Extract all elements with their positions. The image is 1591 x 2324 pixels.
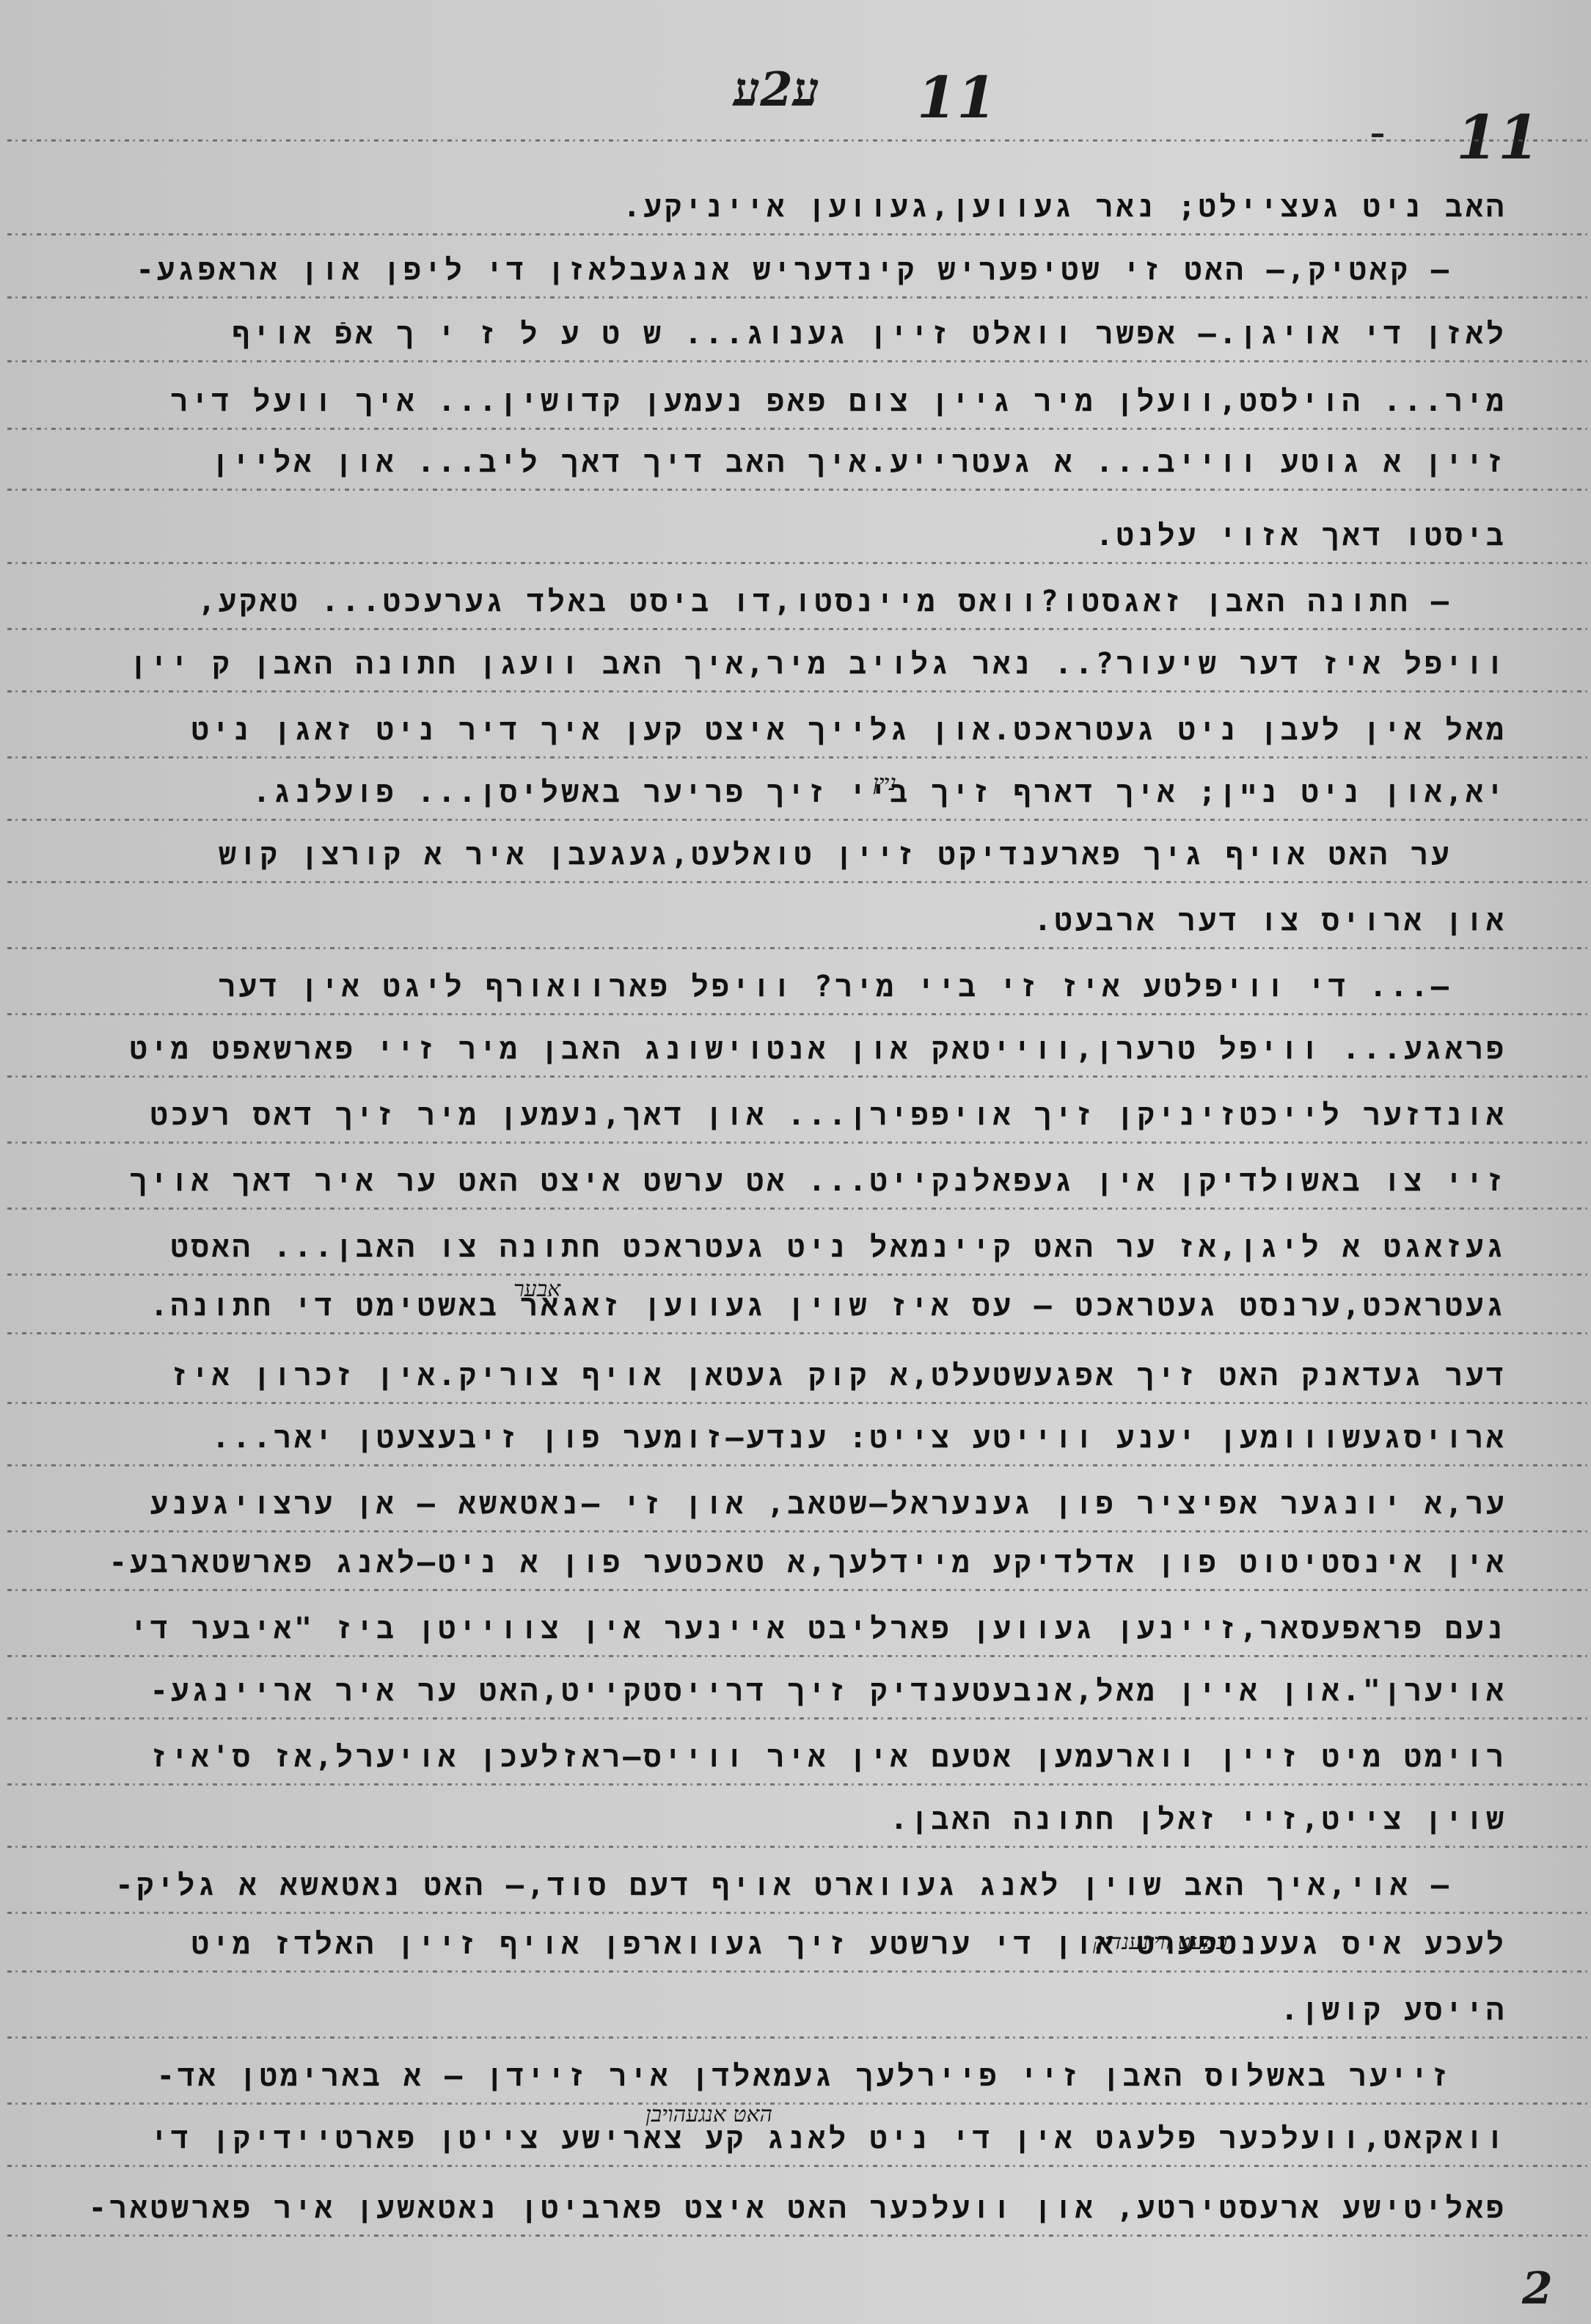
handwritten-number: 11 (917, 65, 997, 131)
baseline-rule (7, 1912, 1591, 1914)
typed-line: —... די וויפלטע איז זי ביי מיר? וויפל פא… (44, 972, 1452, 1001)
typed-line: אונדזער לייכטזיניקן זיך אויפפירן... און … (44, 1100, 1507, 1130)
typed-line: געטראכט,ערנסט געטראכט — עס איז שוין געוו… (44, 1291, 1507, 1320)
baseline-rule (7, 1970, 1591, 1973)
dash-mark (1372, 134, 1383, 137)
baseline-rule (7, 1402, 1591, 1404)
baseline-rule (7, 628, 1591, 630)
handwritten-mark: ע2ע (734, 62, 819, 117)
typed-line: זיי צו באשולדיקן אין געפאלנקייט... אט ער… (44, 1166, 1507, 1196)
handwritten-correction: האט אנגעהויבן (645, 2102, 772, 2127)
page-number: 11 (1456, 103, 1540, 173)
handwritten-correction: נײן (873, 770, 896, 796)
baseline-rule (7, 819, 1591, 821)
typed-line: רוימט מיט זיין ווארעמען אטעם אין איר ווי… (44, 1742, 1507, 1772)
typed-line: — קאטיק,— האט זי שטיפעריש קינדעריש אנגעב… (44, 255, 1452, 285)
baseline-rule (7, 1783, 1591, 1786)
typescript-page: ע2ע 11 11 האב ניט געציילט; נאר געווען,גע… (0, 0, 1591, 2324)
baseline-rule (7, 947, 1591, 949)
baseline-rule (7, 1141, 1591, 1144)
baseline-rule (7, 1013, 1591, 1015)
typed-line: ביסטו דאך אזוי עלנט. (44, 521, 1507, 550)
baseline-rule (7, 2102, 1591, 2105)
typed-line: — חתונה האבן זאגסטו?וואס מיינסטו,דו ביסט… (44, 587, 1452, 616)
baseline-rule (7, 233, 1591, 235)
baseline-rule (7, 2165, 1591, 2167)
typed-line: אויערן".און איין מאל,אנבעטענדיק זיך דריי… (44, 1676, 1507, 1706)
baseline-rule (7, 1274, 1591, 1276)
handwritten-correction: אבער (513, 1276, 560, 1302)
baseline-rule (7, 1332, 1591, 1334)
handwritten-correction: כמעט ווײנענדיק (1093, 1929, 1227, 1955)
typed-line: הייסע קושן. (44, 1995, 1507, 2025)
baseline-rule (7, 1464, 1591, 1466)
typed-line: מיר... הוילסט,וועלן מיר גיין צום פאפ נעמ… (44, 387, 1507, 416)
baseline-rule (7, 1655, 1591, 1657)
typed-line: וויפל איז דער שיעור?.. נאר גלויב מיר,איך… (44, 649, 1507, 679)
typed-line: אין אינסטיטוט פון אדלדיקע מיידלעך,א טאכט… (44, 1548, 1507, 1577)
typed-line: ער,א יונגער אפיציר פון גענעראל–שטאב, און… (44, 1489, 1507, 1519)
baseline-rule (7, 428, 1591, 430)
baseline-rule (7, 1207, 1591, 1210)
typed-line: זייער באשלוס האבן זיי פיירלעך געמאלדן אי… (44, 2061, 1452, 2091)
typed-line: יא,און ניט נײן; איך דארף זיך ביי זיך פרי… (44, 778, 1507, 807)
typed-line: לאזן די אויגן.— אפשר וואלט זיין גענוג...… (44, 319, 1507, 348)
typed-line: דער געדאנק האט זיך אפגעשטעלט,א קוק געטאן… (44, 1361, 1507, 1390)
typed-line: געזאגט א ליגן,אז ער האט קיינמאל ניט געטר… (44, 1232, 1507, 1262)
typed-line: לעכע איס געענטפערט און די ערשטע זיך געוו… (44, 1929, 1507, 1959)
corner-mark: 2 (1522, 2263, 1553, 2314)
baseline-rule (7, 2036, 1591, 2039)
typed-line: ער האט אויף גיך פארענדיקט זיין טואלעט,גע… (44, 840, 1452, 869)
typed-line: פראגע... וויפל טרערן,ווייטאק און אנטוישו… (44, 1034, 1507, 1064)
baseline-rule (7, 2235, 1591, 2237)
typed-line: ארויסגעשווומען יענע ווייטע צייט: ענדע–זו… (44, 1423, 1507, 1452)
typed-line: וואקאט,וועלכער פלעגט אין די ניט לאנג קע … (44, 2124, 1507, 2153)
baseline-rule (7, 139, 1591, 142)
baseline-rule (7, 756, 1591, 759)
baseline-rule (7, 489, 1591, 491)
baseline-rule (7, 1075, 1591, 1078)
baseline-rule (7, 1589, 1591, 1591)
typed-line: נעם פראפעסאר,זיינען געווען פארליבט איינע… (44, 1614, 1507, 1643)
typed-line: שוין צייט,זיי זאלן חתונה האבן. (44, 1805, 1507, 1834)
typed-line: און ארויס צו דער ארבעט. (44, 906, 1507, 935)
typed-line: האב ניט געציילט; נאר געווען,געווען אייני… (44, 192, 1507, 222)
typed-line: זיין א גוטע ווייב... א געטרייע.איך האב ד… (44, 447, 1507, 477)
typed-line: מאל אין לעבן ניט געטראכט.און גלייך איצט … (44, 715, 1507, 745)
baseline-rule (7, 1530, 1591, 1532)
baseline-rule (7, 881, 1591, 883)
baseline-rule (7, 1846, 1591, 1848)
typed-line: פאליטישע ארעסטירטע, און וועלכער האט איצט… (44, 2193, 1507, 2223)
typed-line: — אוי,איך האב שוין לאנג געווארט אויף דעם… (44, 1871, 1452, 1900)
baseline-rule (7, 1717, 1591, 1720)
baseline-rule (7, 690, 1591, 693)
baseline-rule (7, 360, 1591, 362)
baseline-rule (7, 562, 1591, 564)
baseline-rule (7, 296, 1591, 299)
